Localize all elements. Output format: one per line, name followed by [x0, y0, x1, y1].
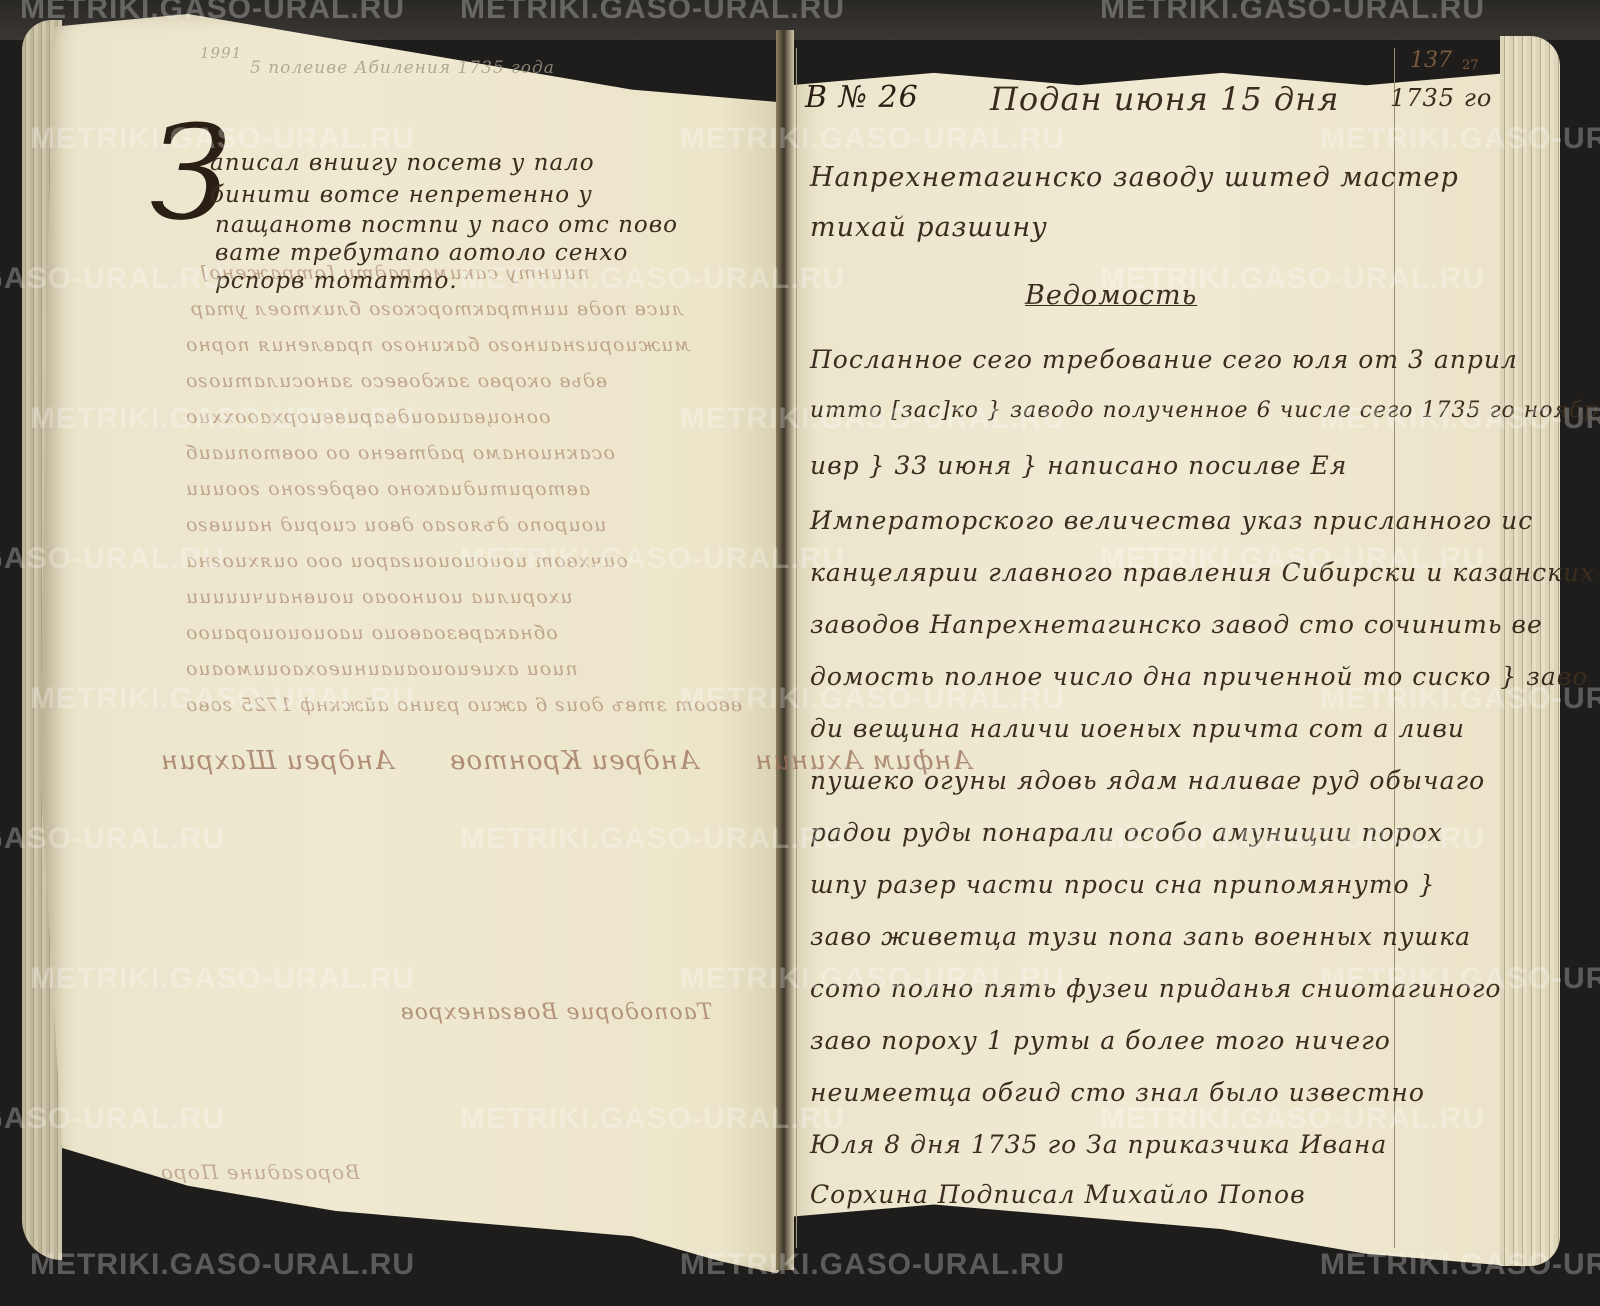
- body-line: неимеетца обгид сто знал было известно: [810, 1078, 1425, 1107]
- entry-date: Подан июня 15 дня: [990, 80, 1339, 118]
- entry-number: В № 26: [805, 80, 919, 115]
- body-line: ивр } 33 июня } написано посилве Ея: [810, 451, 1347, 480]
- entry-year: 1735 го: [1390, 84, 1492, 112]
- folio-sub-number: 27: [1462, 58, 1479, 73]
- body-line: шпу разер части проси сна припомянуто }: [810, 870, 1435, 899]
- book-gutter: [776, 30, 794, 1270]
- left-page-corner-number: 1991: [200, 44, 242, 62]
- body-line: ди вещина наличи иоеных причта сот а лив…: [810, 714, 1465, 743]
- body-line: сото полно пять фузеи приданья сниотагин…: [810, 974, 1501, 1003]
- body-line: радои руды понарали особо амуниции порох: [810, 818, 1443, 847]
- left-page-line: рспорв тотатто.: [215, 268, 458, 294]
- section-title: Ведомость: [1025, 280, 1197, 311]
- body-line: заво пороху 1 руты а более того ничего: [810, 1026, 1391, 1055]
- left-page-line: пащанотв постпи у пасо отс пово: [215, 212, 678, 238]
- left-page-line: аписал вниигу посетв у пало: [210, 150, 595, 176]
- folio-number: 137: [1410, 48, 1452, 73]
- right-page-stack-edges: [1500, 36, 1560, 1266]
- left-page-line: бинити вотсе непретенно у: [210, 182, 593, 208]
- body-line: заво живетца тузи попа запь военных пушк…: [810, 922, 1471, 951]
- left-page-faint-header: 5 полеиве Абиления 1735 года: [250, 58, 555, 78]
- body-line: пушеко огуны ядовь ядам наливаe руд обыч…: [810, 766, 1485, 795]
- right-page-left-margin-rule: [796, 48, 797, 1248]
- body-line: Посланное сего требованиe сего юля от 3 …: [810, 345, 1518, 374]
- addressee-line: Напрехнетагинско заводу шитед мастер: [810, 162, 1459, 193]
- right-page-right-margin-rule: [1394, 48, 1395, 1248]
- body-line: Юля 8 дня 1735 го За приказчика Ивана: [810, 1130, 1387, 1159]
- left-page-line: вате требутапо аотоло сенхо: [215, 240, 628, 266]
- body-line: Императорского величества указ присланно…: [810, 506, 1533, 535]
- signature-line: Сорхина Подписал Михайло Попов: [810, 1180, 1306, 1209]
- body-line: заводов Напрехнетагинско завод сто сочин…: [810, 610, 1543, 639]
- body-line: итто [зас]ко } заводо полученное 6 числе…: [810, 398, 1600, 423]
- body-line: канцелярии главного правления Сибирски и…: [810, 558, 1595, 587]
- open-book-scan: 5 полеиве Абиления 1735 года 1991 пиинту…: [0, 0, 1600, 1306]
- body-line: домость полное число дна приченной то си…: [810, 662, 1588, 691]
- addressee-line: тихай разшину: [810, 212, 1048, 243]
